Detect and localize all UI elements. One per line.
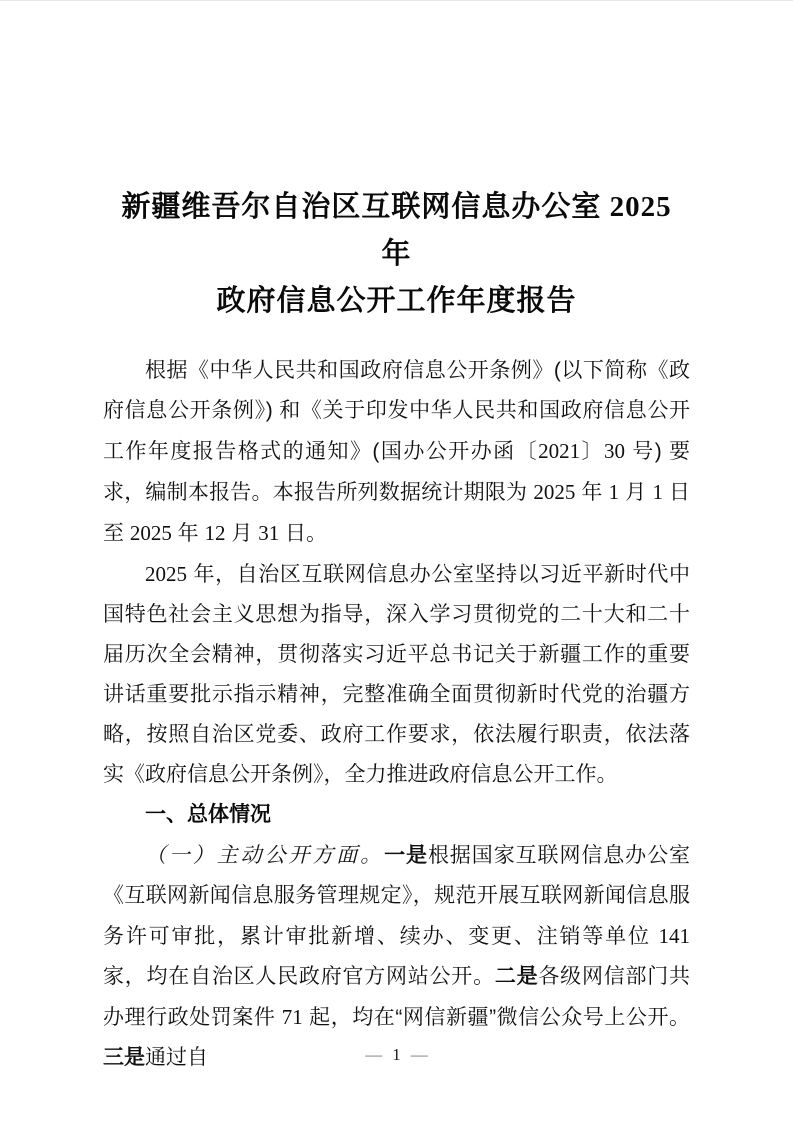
title-line-1: 新疆维吾尔自治区互联网信息办公室 2025 年 [103, 184, 690, 278]
numeric-text: 2025 [145, 562, 187, 586]
text-run: 一、总体情况 [145, 803, 271, 826]
text-run: 一是 [384, 844, 428, 867]
title-line-2: 政府信息公开工作年度报告 [103, 278, 690, 325]
paragraph-1: 根据《中华人民共和国政府信息公开条例》(以下简称《政府信息公开条例》) 和《关于… [103, 351, 690, 554]
page-number: 1 [392, 1045, 401, 1064]
text-run: 根据《中华人民共和国政府信息公开条例》(以下简称《政府信息公开条例》) 和《关于… [103, 359, 690, 545]
numeric-text: 1 [609, 480, 620, 504]
document-title: 新疆维吾尔自治区互联网信息办公室 2025 年 政府信息公开工作年度报告 [103, 184, 690, 325]
footer-dash-right: — [401, 1045, 438, 1064]
footer-dash-left: — [355, 1045, 392, 1064]
numeric-text: 30 [604, 439, 625, 463]
document-body: 根据《中华人民共和国政府信息公开条例》(以下简称《政府信息公开条例》) 和《关于… [103, 351, 690, 1078]
numeric-text: 12 [205, 521, 226, 545]
numeric-text: 71 [282, 1005, 303, 1029]
numeric-text: 31 [258, 521, 279, 545]
text-run: 二是 [495, 965, 539, 988]
paragraph-2: 2025 年，自治区互联网信息办公室坚持以习近平新时代中国特色社会主义思想为指导… [103, 554, 690, 795]
text-run: 2025 年，自治区互联网信息办公室坚持以习近平新时代中国特色社会主义思想为指导… [103, 563, 690, 786]
paragraph-4: （一）主动公开方面。一是根据国家互联网信息办公室《互联网新闻信息服务管理规定》，… [103, 835, 690, 1078]
document-content: 新疆维吾尔自治区互联网信息办公室 2025 年 政府信息公开工作年度报告 根据《… [0, 1, 793, 1078]
text-run: （一）主动公开方面。 [145, 843, 384, 867]
numeric-text: 2025 [130, 521, 172, 545]
numeric-text: 2025 [533, 480, 575, 504]
section-heading: 一、总体情况 [103, 795, 690, 835]
document-page: 新疆维吾尔自治区互联网信息办公室 2025 年 政府信息公开工作年度报告 根据《… [0, 0, 793, 1121]
numeric-text: 141 [659, 924, 691, 948]
numeric-text: 1 [652, 480, 663, 504]
page-footer: —1— [0, 1045, 793, 1065]
numeric-text: 2021 [538, 439, 580, 463]
